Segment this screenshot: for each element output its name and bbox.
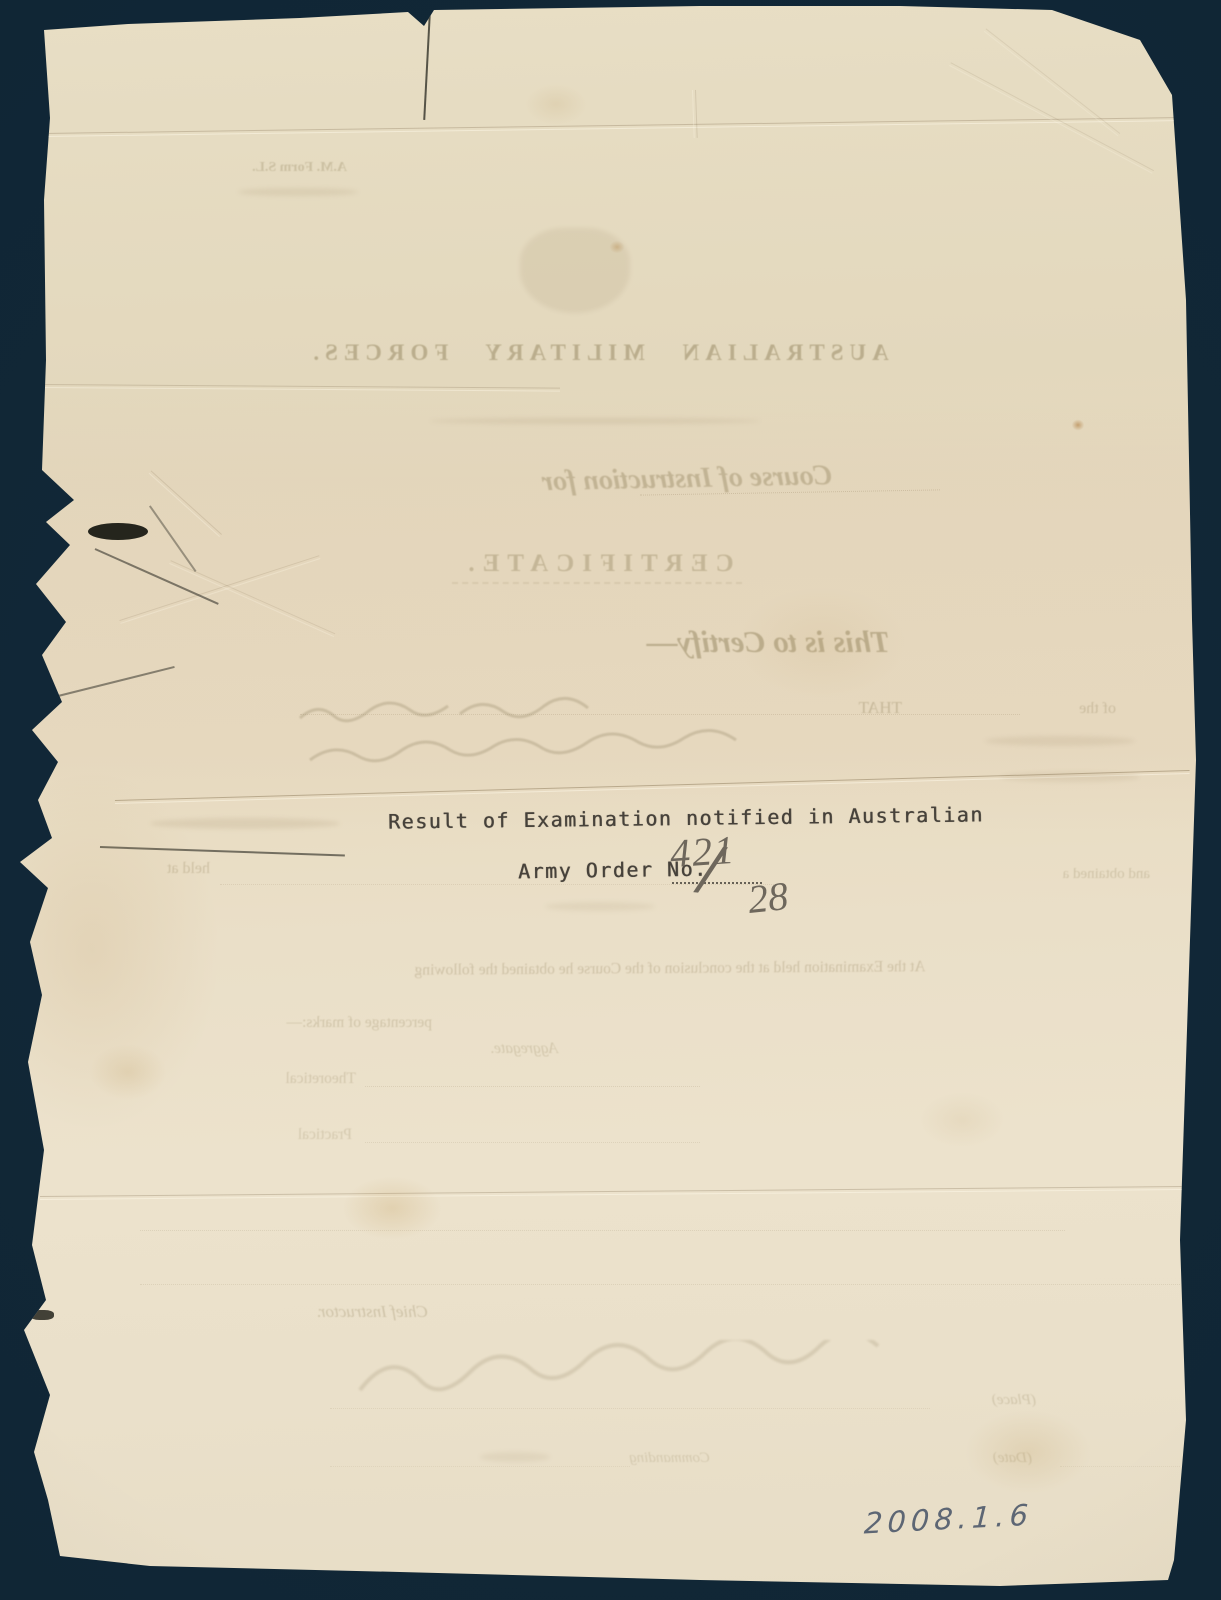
handwriting-bleedthrough (280, 690, 920, 790)
bleedthrough-exam-result-line: At the Examination held at the conclusio… (225, 957, 1115, 981)
dotted-rule (140, 1284, 1180, 1285)
tear-notch (30, 1310, 54, 1320)
bleedthrough-and-obtained: and obtained a (1000, 866, 1150, 883)
bleedthrough-fragment-smudge (985, 736, 1135, 746)
bleedthrough-course-title: Course of Instruction for (272, 460, 833, 504)
certificate-paper: A.M. Form S.L. AUSTRALIAN MILITARY FORCE… (0, 0, 1221, 1600)
bleedthrough-of-the: of the (1046, 700, 1116, 718)
dotted-rule (365, 1142, 700, 1143)
dotted-rule (220, 884, 780, 885)
crease-line (42, 117, 1187, 137)
dotted-rule (365, 1086, 700, 1087)
coat-of-arms-bleedthrough (520, 228, 630, 313)
bleedthrough-header: AUSTRALIAN MILITARY FORCES. (288, 340, 908, 366)
bleedthrough-aggregate-label: Aggregate. (438, 1040, 558, 1058)
crease-line (149, 471, 222, 538)
tear-crack (423, 14, 431, 120)
bleedthrough-instruction-smudge (150, 818, 340, 829)
dotted-rule (330, 1466, 630, 1467)
crease-line (40, 384, 560, 392)
bleedthrough-percentage-line: percentage of marks:— (222, 1014, 432, 1032)
bleedthrough-certify-line: This is to Certify— (590, 624, 890, 660)
bleedthrough-fragment-smudge (1000, 772, 1140, 782)
bleedthrough-certificate-heading: CERTIFICATE. (452, 550, 742, 584)
bleedthrough-number-smudge (480, 1452, 550, 1462)
handwritten-order-year: 28 (746, 872, 791, 923)
crease-line (692, 90, 698, 138)
bleedthrough-held-at: held at (130, 860, 210, 878)
dotted-rule (330, 1408, 930, 1409)
bleedthrough-certificate-smudge (545, 902, 655, 911)
accession-number: 2008.1.6 (863, 1498, 1034, 1541)
bleedthrough-chief-instructor: Chief Instructor. (248, 1302, 428, 1322)
tear-crack (100, 846, 345, 857)
bleedthrough-practical-label: Practical (252, 1126, 352, 1144)
dotted-rule (1060, 1466, 1180, 1467)
bleedthrough-form-subline (238, 188, 358, 196)
dotted-rule (140, 1230, 1065, 1231)
bleedthrough-place-label: (Place) (946, 1392, 1036, 1409)
fold-line (40, 1186, 1190, 1200)
tear-hole (88, 523, 148, 540)
bleedthrough-theoretical-label: Theoretical (246, 1070, 356, 1088)
bleedthrough-subheader-smudge (430, 418, 760, 424)
tear-crack (58, 666, 175, 696)
scanned-document-background: A.M. Form S.L. AUSTRALIAN MILITARY FORCE… (0, 0, 1221, 1600)
bleedthrough-date-label: (Date) (952, 1450, 1032, 1467)
bleedthrough-form-number: A.M. Form S.L. (212, 160, 387, 176)
bleedthrough-commanding-label: Commanding (560, 1450, 710, 1467)
